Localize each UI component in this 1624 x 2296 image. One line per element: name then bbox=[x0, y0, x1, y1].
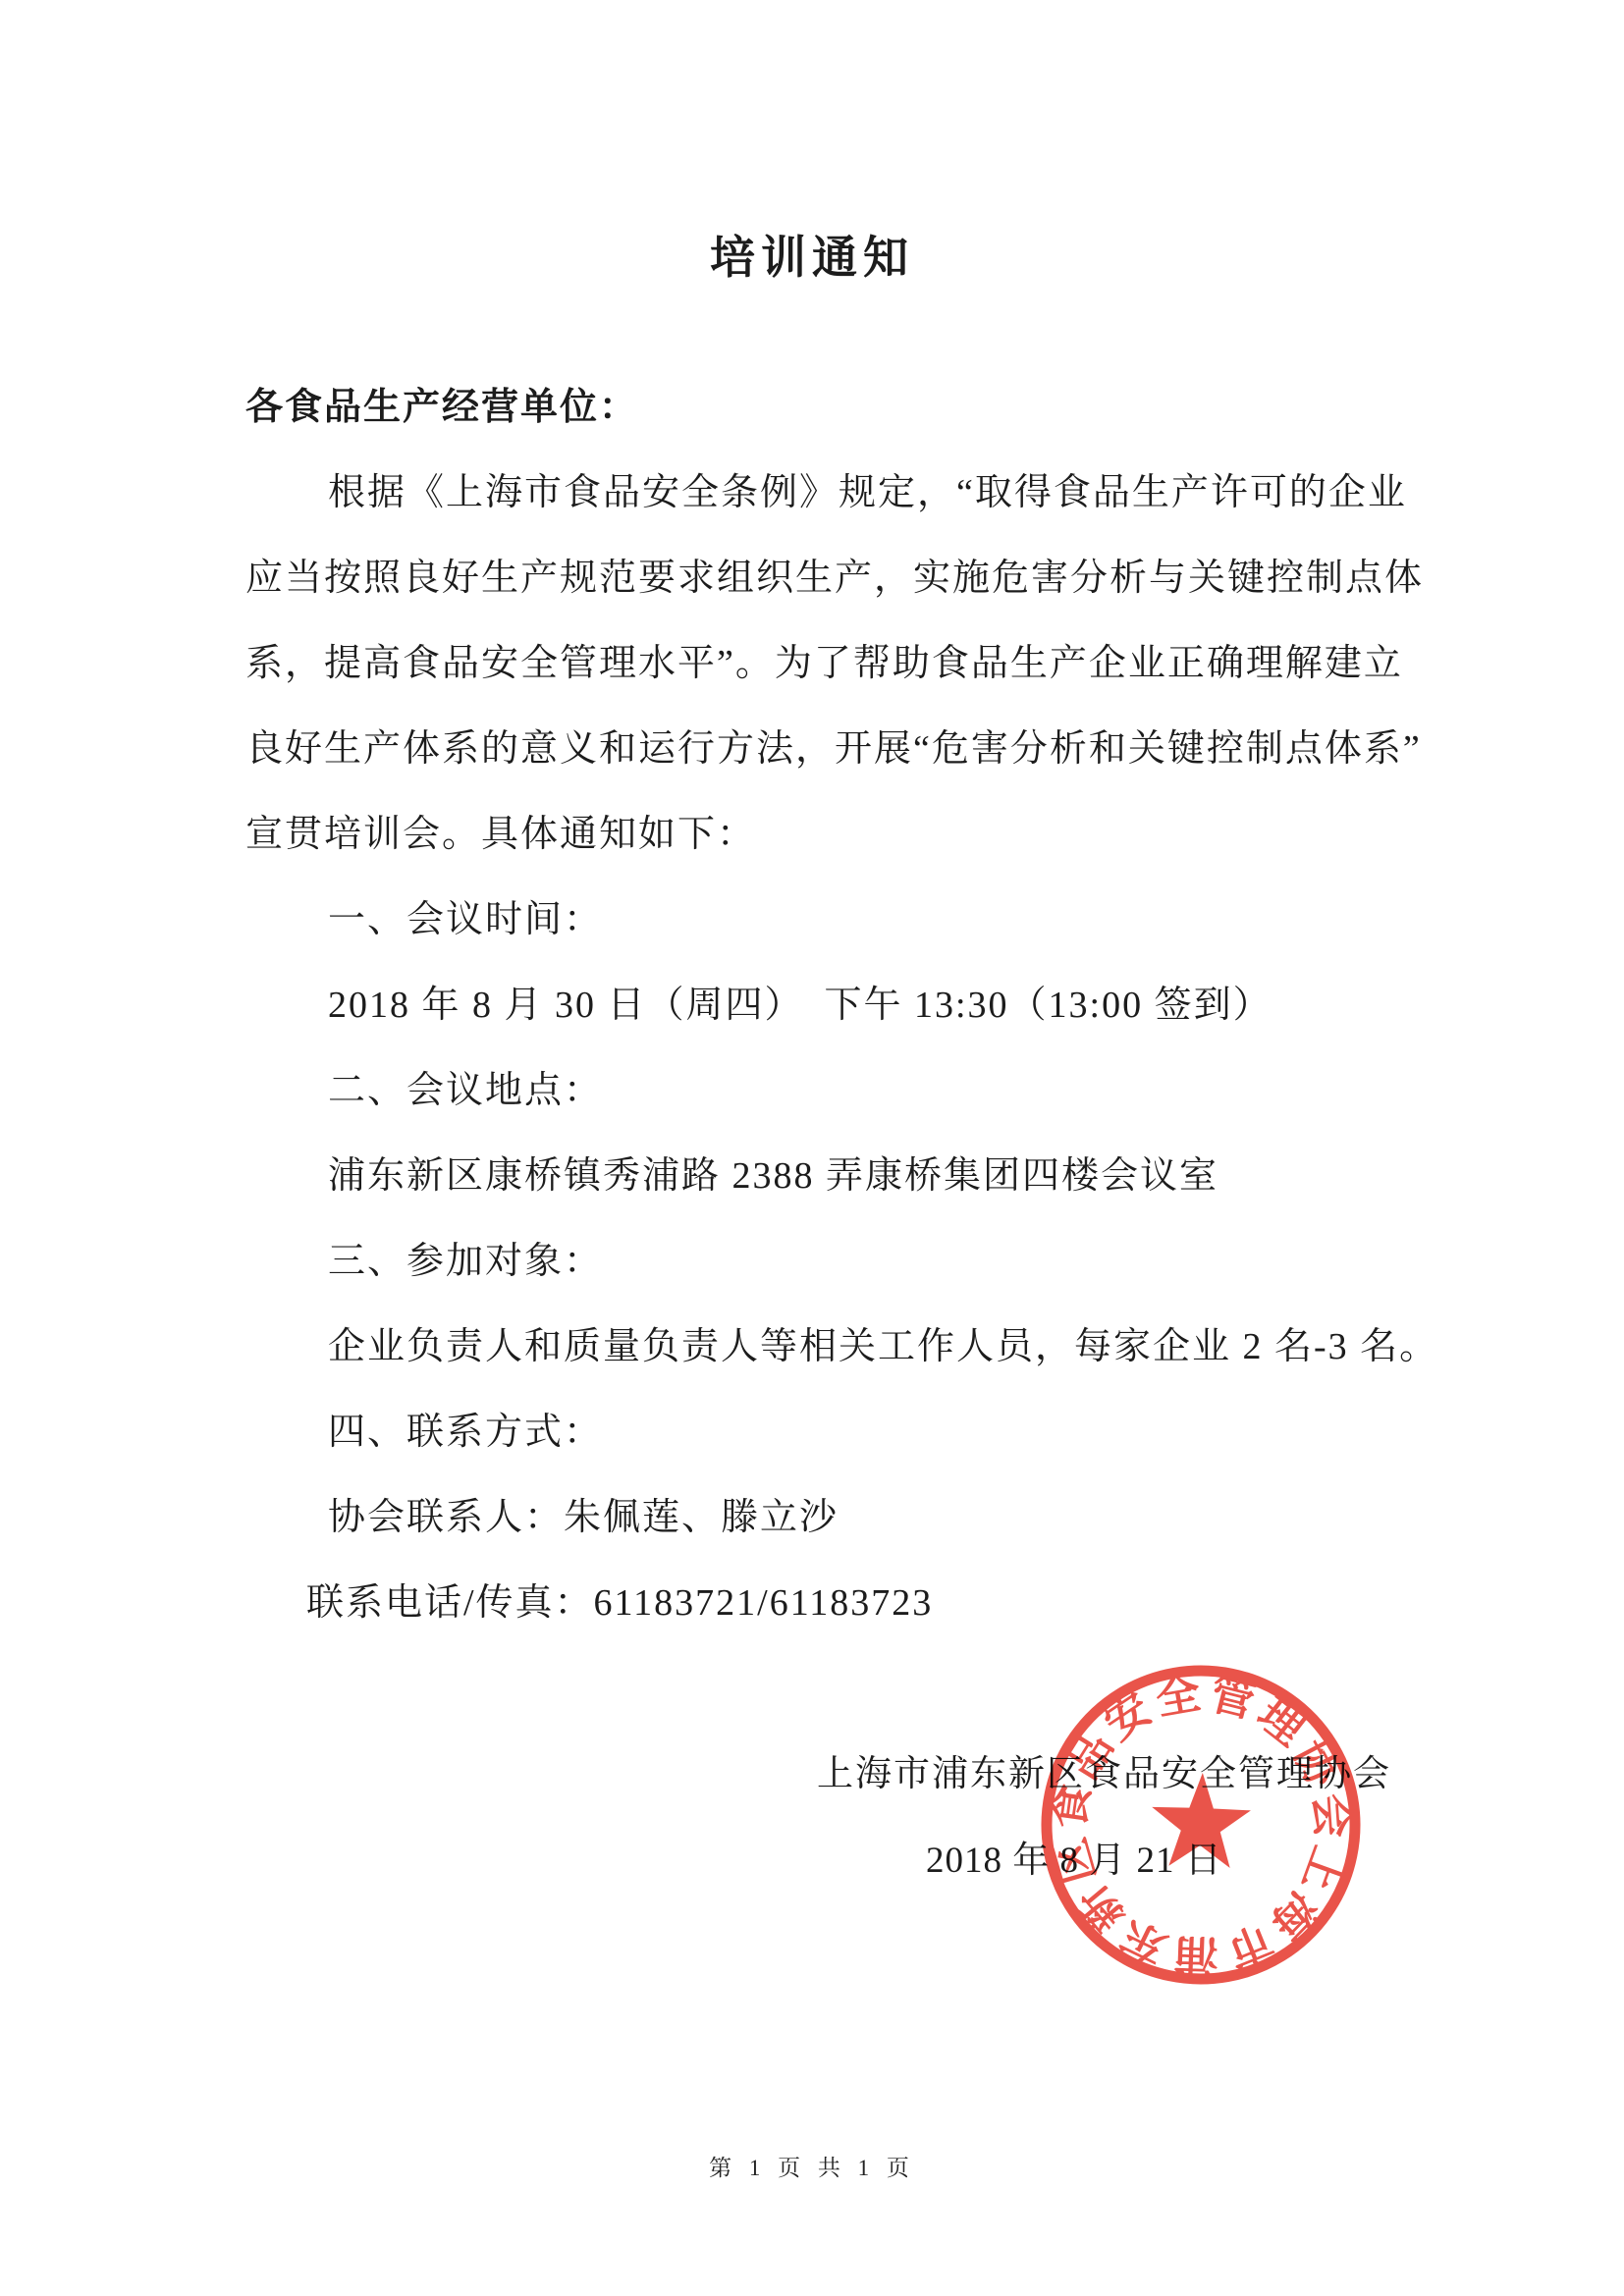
body-line: 四、联系方式： bbox=[328, 1390, 1424, 1475]
seal-rotated-group: 上海市浦东新区食品安全管理协会 bbox=[1034, 1658, 1368, 1992]
body-line: 协会联系人：朱佩莲、滕立沙 bbox=[328, 1475, 1424, 1561]
body-line: 联系电话/传真：61183721/61183723 bbox=[306, 1561, 1424, 1646]
seal-char: 管 bbox=[1205, 1669, 1260, 1727]
body-line: 良好生产体系的意义和运行方法，开展“危害分析和关键控制点体系” bbox=[245, 707, 1424, 792]
seal-char: 全 bbox=[1152, 1668, 1204, 1724]
body-line: 企业负责人和质量负责人等相关工作人员，每家企业 2 名-3 名。 bbox=[328, 1305, 1424, 1390]
body-line: 根据《上海市食品安全条例》规定，“取得食品生产许可的企业 bbox=[328, 451, 1424, 536]
body-line: 二、会议地点： bbox=[328, 1048, 1424, 1134]
seal-char: 会 bbox=[1305, 1792, 1357, 1840]
body-line: 系，提高食品安全管理水平”。为了帮助食品生产企业正确理解建立 bbox=[245, 621, 1424, 707]
page-title: 培训通知 bbox=[0, 222, 1624, 287]
body-line: 应当按照良好生产规范要求组织生产，实施危害分析与关键控制点体 bbox=[245, 536, 1424, 621]
body-line: 三、参加对象： bbox=[328, 1219, 1424, 1305]
document-page: 培训通知 各食品生产经营单位：根据《上海市食品安全条例》规定，“取得食品生产许可… bbox=[0, 0, 1624, 2296]
seal-char: 食 bbox=[1044, 1782, 1099, 1833]
body-line: 2018 年 8 月 30 日（周四） 下午 13:30（13:00 签到） bbox=[328, 963, 1424, 1048]
official-seal: 上海市浦东新区食品安全管理协会 bbox=[1034, 1658, 1368, 1992]
body-line: 一、会议时间： bbox=[328, 878, 1424, 963]
seal-char: 区 bbox=[1046, 1833, 1105, 1889]
body-line: 宣贯培训会。具体通知如下： bbox=[245, 792, 1424, 878]
seal-char: 协 bbox=[1284, 1733, 1349, 1796]
seal-char: 新 bbox=[1067, 1876, 1133, 1942]
star-icon bbox=[1150, 1771, 1252, 1868]
body-lines: 各食品生产经营单位：根据《上海市食品安全条例》规定，“取得食品生产许可的企业应当… bbox=[245, 365, 1424, 1646]
seal-char: 浦 bbox=[1173, 1930, 1219, 1981]
body-line: 各食品生产经营单位： bbox=[245, 365, 1424, 451]
body-line: 浦东新区康桥镇秀浦路 2388 弄康桥集团四楼会议室 bbox=[328, 1134, 1424, 1219]
page-number-footer: 第 1 页 共 1 页 bbox=[0, 2150, 1624, 2182]
